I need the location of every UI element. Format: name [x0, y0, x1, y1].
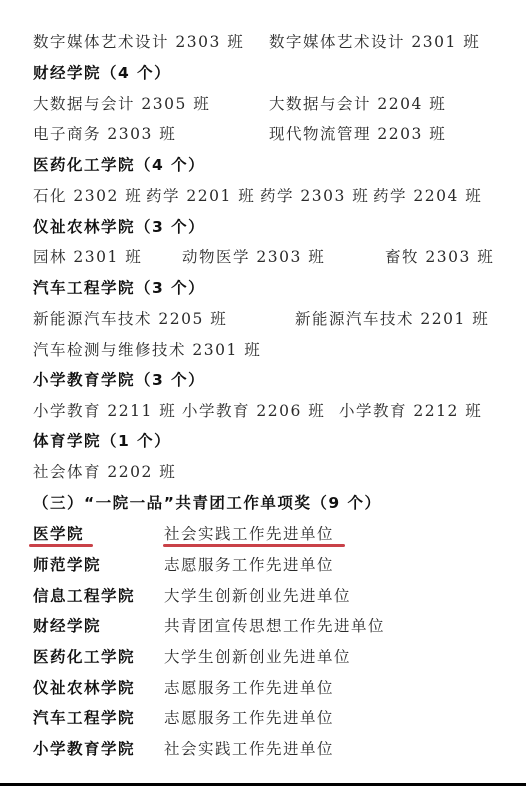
class-name: 小学教育 2206 班: [182, 398, 325, 424]
class-name: 汽车检测与维修技术 2301 班: [33, 337, 261, 363]
red-underline: [29, 544, 93, 547]
college-name: 师范学院: [33, 552, 101, 578]
section-heading: 财经学院（4 个）: [33, 60, 171, 86]
class-name: 动物医学 2303 班: [182, 244, 325, 270]
award-name: 大学生创新创业先进单位: [164, 583, 351, 609]
class-name: 园林 2301 班: [33, 244, 142, 270]
class-name: 新能源汽车技术 2205 班: [33, 306, 227, 332]
class-name: 小学教育 2211 班: [33, 398, 176, 424]
college-name: 信息工程学院: [33, 583, 135, 609]
section-heading: 医药化工学院（4 个）: [33, 152, 205, 178]
class-name: 新能源汽车技术 2201 班: [295, 306, 489, 332]
award-name: 社会实践工作先进单位: [164, 736, 334, 762]
section-heading: 汽车工程学院（3 个）: [33, 275, 205, 301]
class-name: 电子商务 2303 班: [33, 121, 176, 147]
college-name: 财经学院: [33, 613, 101, 639]
class-name: 畜牧 2303 班: [385, 244, 494, 270]
college-name: 汽车工程学院: [33, 705, 135, 731]
class-name: 药学 2201 班: [146, 183, 255, 209]
class-name: 大数据与会计 2305 班: [33, 91, 210, 117]
class-name: 数字媒体艺术设计 2303 班: [33, 29, 244, 55]
class-name: 数字媒体艺术设计 2301 班: [269, 29, 480, 55]
section-heading: 小学教育学院（3 个）: [33, 367, 205, 393]
class-name: 石化 2302 班: [33, 183, 142, 209]
section-heading: （三）“一院一品”共青团工作单项奖（9 个）: [33, 490, 382, 516]
award-name: 共青团宣传思想工作先进单位: [164, 613, 385, 639]
section-heading: 体育学院（1 个）: [33, 428, 171, 454]
section-heading: 仪祉农林学院（3 个）: [33, 214, 205, 240]
class-name: 大数据与会计 2204 班: [269, 91, 446, 117]
class-name: 现代物流管理 2203 班: [269, 121, 446, 147]
class-name: 药学 2303 班: [260, 183, 369, 209]
award-name: 志愿服务工作先进单位: [164, 552, 334, 578]
class-name: 小学教育 2212 班: [339, 398, 482, 424]
college-name: 医药化工学院: [33, 644, 135, 670]
college-name: 小学教育学院: [33, 736, 135, 762]
college-name: 仪祉农林学院: [33, 675, 135, 701]
red-underline: [163, 544, 345, 547]
class-name: 药学 2204 班: [373, 183, 482, 209]
award-name: 志愿服务工作先进单位: [164, 675, 334, 701]
award-name: 志愿服务工作先进单位: [164, 705, 334, 731]
class-name: 社会体育 2202 班: [33, 459, 176, 485]
award-name: 大学生创新创业先进单位: [164, 644, 351, 670]
